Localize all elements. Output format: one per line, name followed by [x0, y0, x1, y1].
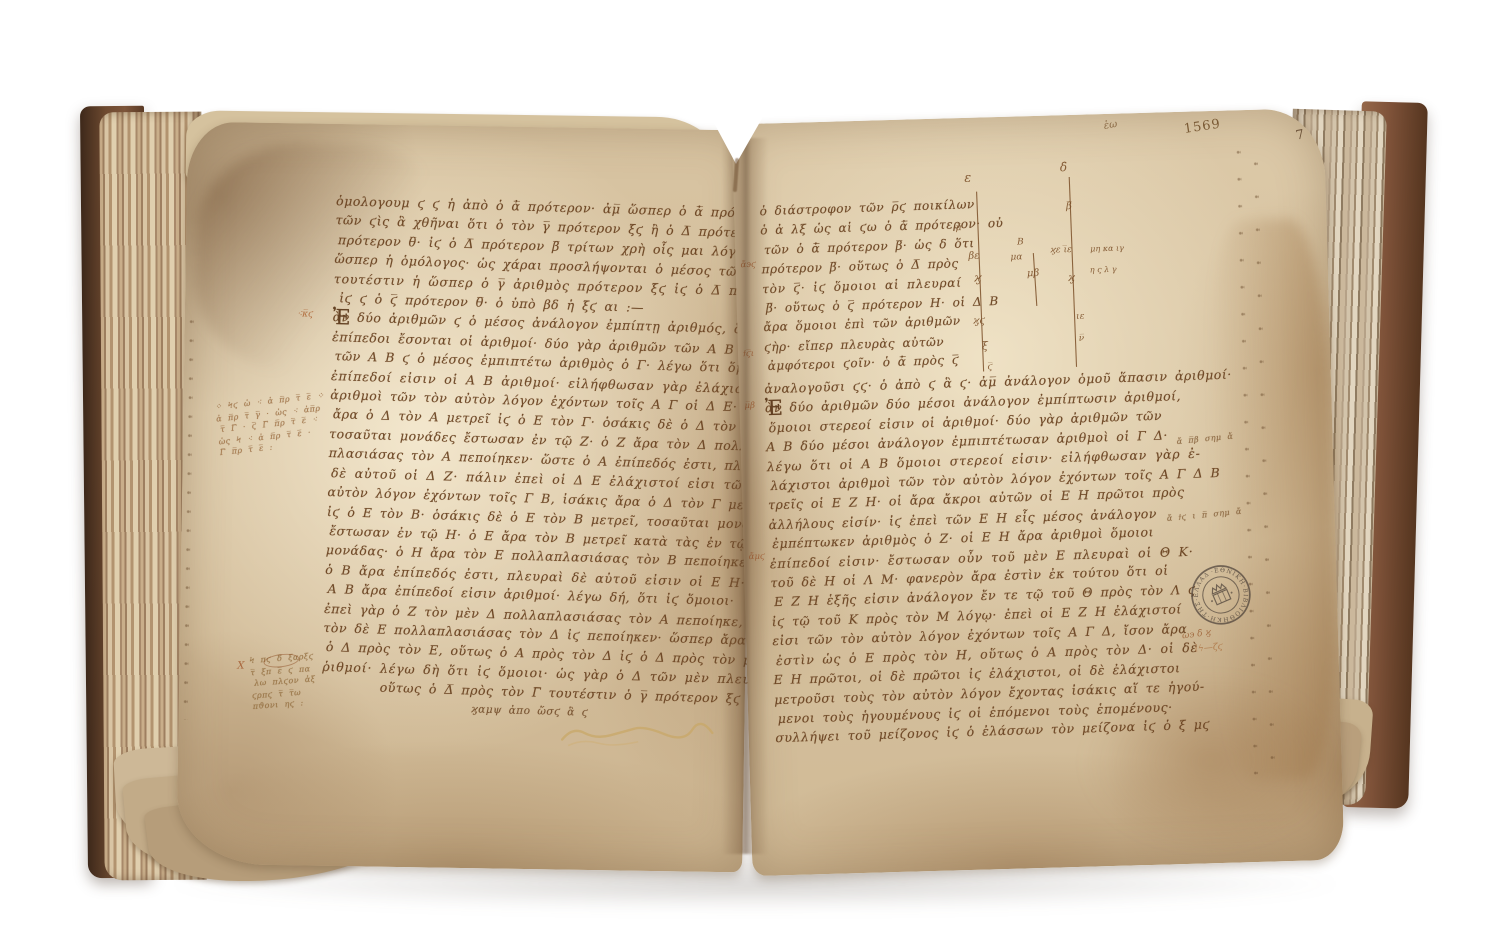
- right-page: ἑω 1569 ὁ διάστροφον τῶν ρ̅ϛ ποικίλωνὁ ἀ…: [732, 108, 1345, 876]
- svg-text:ιε: ιε: [1076, 312, 1085, 322]
- pricking-holes-right-1: [1237, 150, 1259, 790]
- chi-margin-mark: Χ: [237, 660, 244, 671]
- svg-text:η ς λ γ: η ς λ γ: [1090, 265, 1117, 275]
- gutter-ink-mark: ἄμϛ: [749, 552, 765, 562]
- pricking-holes-right-2: [1254, 162, 1275, 782]
- svg-text:ϗε ι̅ε: ϗε ι̅ε: [1050, 245, 1072, 256]
- svg-text:ϛ̅: ϛ̅: [987, 362, 993, 372]
- folio-number: 1569: [1183, 117, 1222, 137]
- gutter-ink-mark: μ̅β: [744, 401, 755, 411]
- gutter-ink-mark: ϯϛ̅ι: [743, 348, 754, 359]
- svg-text:ϗ: ϗ: [974, 270, 982, 284]
- svg-text:ν̅: ν̅: [1079, 334, 1085, 344]
- svg-text:ε: ε: [964, 171, 971, 186]
- svg-text:μ̅: μ̅: [955, 223, 961, 233]
- svg-text:ϗϛ: ϗϛ: [973, 315, 986, 326]
- right-page-text-lower: ἀναλογοῦσι ϛϛ· ὁ ἀπὸ ϛ ἃ ϛ· ἀμ̅ ἀνάλογον…: [764, 367, 1182, 748]
- gutter-top-notch: [706, 108, 768, 164]
- corner-ink-mark: ἑω: [1103, 119, 1118, 132]
- svg-text:ξ̅: ξ̅: [982, 339, 989, 352]
- gutter-ink-mark: ἄ϶ϛ: [740, 260, 756, 270]
- left-section-mark: ⁖κ̅ϛ: [297, 309, 313, 319]
- marginal-note-lower-left: Ϟ πϛ δ̅ ξαρξϛτ̅ ξπ ε̅ ϛ παλω πλϛον ἀξϛρπ…: [249, 648, 353, 713]
- svg-text:Β: Β: [1016, 237, 1024, 247]
- svg-text:δ̑: δ̑: [1060, 160, 1068, 174]
- svg-text:β̅: β̅: [1065, 201, 1072, 212]
- arithmetic-diagram: εμ̅βεϗϗϛξ̅ϛ̅Βμαμβδ̑β̅ϗε ι̅εϗιεν̅μη κα ιγ…: [938, 154, 1184, 387]
- faded-annotation-squiggle: [558, 715, 719, 752]
- left-page-text: ὁμολογουμ ϛ ϛ ἡ ἀπὸ ὁ ἀ̅ πρότερον· ἀμ̅ ὥ…: [321, 191, 746, 727]
- svg-text:μα: μα: [1010, 252, 1022, 262]
- stamp-crown-icon: [1210, 582, 1226, 594]
- pricking-holes-left: [183, 320, 193, 720]
- ink-scribble-lower: ἰϟ—ζϛ: [1194, 642, 1223, 655]
- left-page: ὁμολογουμ ϛ ϛ ἡ ἀπὸ ὁ ἀ̅ πρότερον· ἀμ̅ ὥ…: [176, 122, 754, 873]
- manuscript-photo: ὁμολογουμ ϛ ϛ ἡ ἀπὸ ὁ ἀ̅ πρότερον· ἀμ̅ ὥ…: [0, 0, 1500, 950]
- svg-text:βε: βε: [967, 251, 979, 262]
- marginal-note-right-upper: ἄ π̅β σημ ἄ: [1176, 431, 1234, 448]
- marginal-note-right-lower: ἄ ϯϛ ι π̅ σημ ἄ: [1166, 506, 1242, 525]
- svg-text:ϗ: ϗ: [1068, 271, 1076, 284]
- svg-text:μη κα ιγ: μη κα ιγ: [1090, 244, 1124, 254]
- svg-text:μβ: μβ: [1027, 268, 1040, 279]
- marginal-note-upper-left: ⁘ Ϟϛ ὡ ⁖ ἀ π̅ρ τ̅ ε̅ ⁘ἀ π̅ρ τ̅ γ̅ · ὡς ⁖…: [214, 389, 337, 459]
